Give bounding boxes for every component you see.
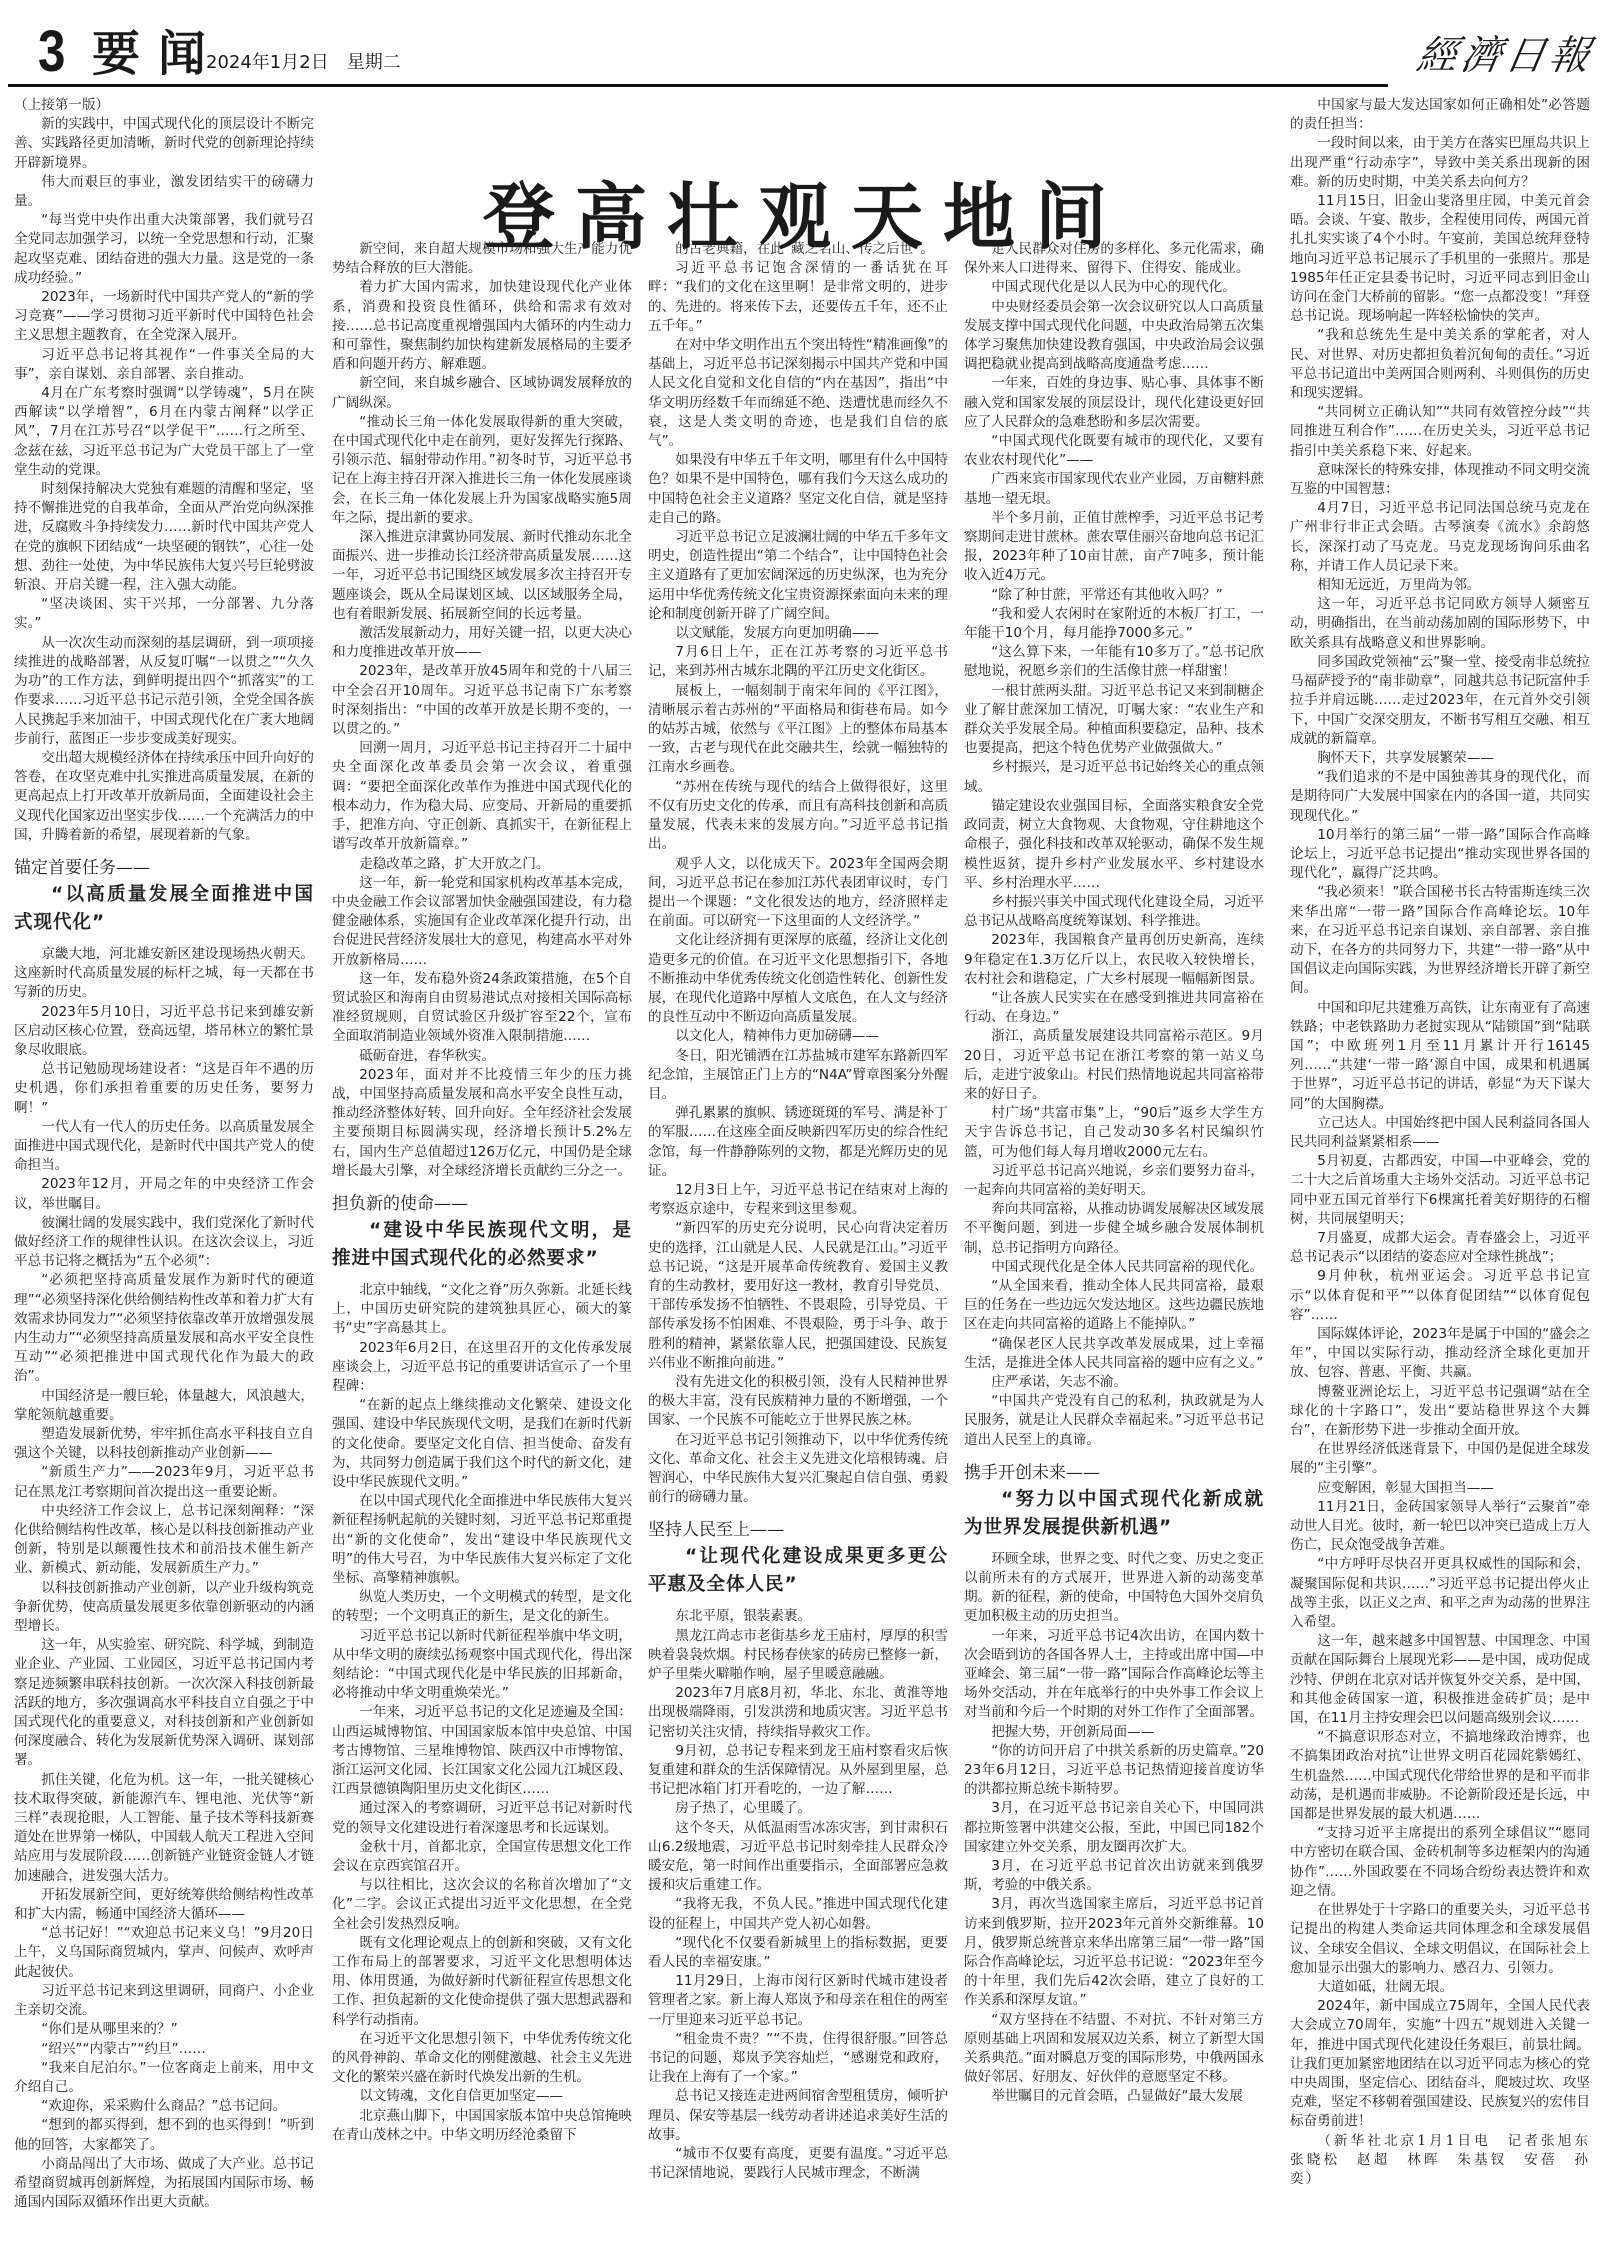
paragraph: 博鳌亚洲论坛上，习近平总书记强调“站在全球化的十字路口”，发出“要站稳世界这个大… bbox=[1290, 1383, 1590, 1441]
paragraph: 走稳改革之路，扩大开放之门。 bbox=[332, 855, 632, 874]
paragraph: 大道如砥，壮阔无垠。 bbox=[1290, 1978, 1590, 1997]
paragraph: “推动长三角一体化发展取得新的重大突破，在中国式现代化中走在前列，更好发挥先行探… bbox=[332, 413, 632, 528]
paragraph: 在以中国式现代化全面推进中华民族伟大复兴新征程扬帆起航的关键时刻，习近平总书记郑… bbox=[332, 1492, 632, 1588]
paragraph: 北京中轴线，“文化之脊”历久弥新。北延长线上，中国历史研究院的建筑独具匠心，硕大… bbox=[332, 1281, 632, 1339]
paragraph: 庄严承诺，矢志不渝。 bbox=[964, 1373, 1264, 1392]
paragraph: 中央财经委员会第一次会议研究以人口高质量发展支撑中国式现代化问题，中央政治局第五… bbox=[964, 298, 1264, 375]
paragraph: 新的实践中，中国式现代化的顶层设计不断完善、实践路径更加清晰，新时代党的创新理论… bbox=[14, 115, 314, 173]
paragraph: 伟大而艰巨的事业，激发团结实干的磅礴力量。 bbox=[14, 173, 314, 211]
col2-paragraphs-top: 新空间，来自超大规模市场和强大生产能力优势结合释放的巨大潜能。着力扩大国内需求，… bbox=[332, 240, 632, 1181]
paragraph: “在新的起点上继续推动文化繁荣、建设文化强国、建设中华民族现代文明，是我们在新时… bbox=[332, 1396, 632, 1492]
article-column-3: 的古老典籍，在此“藏之名山、传之后世”。习近平总书记饱含深情的一番话犹在耳畔：“… bbox=[648, 240, 948, 2260]
paragraph: 立己达人。中国始终把中国人民利益同各国人民共同利益紧紧相系—— bbox=[1290, 1114, 1590, 1152]
paragraph: 文化让经济拥有更深厚的底蕴，经济让文化创造更多元的价值。在习近平文化思想指引下，… bbox=[648, 931, 948, 1027]
paragraph: “新四军的历史充分说明，民心向背决定着历史的选择，江山就是人民、人民就是江山。”… bbox=[648, 1219, 948, 1373]
paragraph: 着力扩大国内需求，加快建设现代化产业体系，消费和投资良性循环，供给和需求有效对接… bbox=[332, 278, 632, 374]
paragraph: 彼澜壮阔的发展实践中，我们党深化了新时代做好经济工作的规律性认识。在这次会议上，… bbox=[14, 1214, 314, 1272]
section-lead: 担负新的使命—— bbox=[332, 1191, 632, 1217]
paragraph: 习近平总书记来到这里调研，同商户、小企业主亲切交流。 bbox=[14, 1982, 314, 2020]
paragraph: 冬日，阳光铺洒在江苏盐城市建军东路新四军纪念馆，主展馆正门上方的“N4A”臂章图… bbox=[648, 1047, 948, 1105]
paragraph: 深入推进京津冀协同发展、新时代推动东北全面振兴、进一步推动长江经济带高质量发展…… bbox=[332, 528, 632, 624]
paragraph: 2023年，一场新时代中国共产党人的“新的学习竞赛”——学习贯彻习近平新时代中国… bbox=[14, 288, 314, 346]
paragraph: 在世界处于十字路口的重要关头，习近平总书记提出的构建人类命运共同体理念和全球发展… bbox=[1290, 1901, 1590, 1978]
paragraph: 京畿大地，河北雄安新区建设现场热火朝天。这座新时代高质量发展的标杆之城，每一天都… bbox=[14, 945, 314, 1003]
col2-paragraphs-bottom: 北京中轴线，“文化之脊”历久弥新。北延长线上，中国历史研究院的建筑独具匠心，硕大… bbox=[332, 1281, 632, 2145]
paragraph: 2023年5月10日，习近平总书记来到雄安新区启动区核心位置，登高远望，塔吊林立… bbox=[14, 1003, 314, 1061]
section-title: “让现代化建设成果更多更公平惠及全体人民” bbox=[648, 1543, 948, 1599]
paragraph: 这个冬天，从低温雨雪冰冻灾害，到甘肃积石山6.2级地震，习近平总书记时刻牵挂人民… bbox=[648, 1819, 948, 1896]
paragraph: “我将无我，不负人民。”推进中国式现代化建设的征程上，中国共产党人初心如磐。 bbox=[648, 1895, 948, 1933]
paragraph: “不搞意识形态对立，不搞地缘政治博弈，也不搞集团政治对抗”让世界文明百花园姹紫嫣… bbox=[1290, 1728, 1590, 1824]
paragraph: 这一年，从实验室、研究院、科学城，到制造业企业、产业园、工业园区，习近平总书记国… bbox=[14, 1636, 314, 1770]
paragraph: 小商品闯出了大市场、做成了大产业。总书记希望商贸城再创新辉煌，为拓展国内国际市场… bbox=[14, 2155, 314, 2213]
paragraph: 一根甘蔗两头甜。习近平总书记又来到制糖企业了解甘蔗深加工情况，叮嘱大家：“农业生… bbox=[964, 682, 1264, 759]
paragraph: 习近平总书记高兴地说，乡亲们要努力奋斗，一起奔向共同富裕的美好明天。 bbox=[964, 1162, 1264, 1200]
paragraph: “这么算下来，一年能有10多万了。”总书记欣慰地说，祝愿乡亲们的生活像甘蔗一样甜… bbox=[964, 643, 1264, 681]
paragraph: “你们是从哪里来的？” bbox=[14, 2020, 314, 2039]
paragraph: 11月15日，旧金山斐洛里庄园，中美元首会晤。会谈、午宴、散步，全程使用同传，两… bbox=[1290, 192, 1590, 326]
paragraph: 观乎人文，以化成天下。2023年全国两会期间，习近平总书记在参加江苏代表团审议时… bbox=[648, 855, 948, 932]
paragraph: 在对中华文明作出五个突出特性“精准画像”的基础上，习近平总书记深刻揭示中国共产党… bbox=[648, 336, 948, 451]
paragraph: 2023年7月底8月初，华北、东北、黄淮等地出现极端降雨，引发洪涝和地质灾害。习… bbox=[648, 1684, 948, 1742]
paragraph: “欢迎你，采采购什么商品？”总书记问。 bbox=[14, 2097, 314, 2116]
paragraph: 相知无远近，万里尚为邻。 bbox=[1290, 576, 1590, 595]
paragraph: 激活发展新动力，用好关键一招，以更大决心和力度推进改革开放—— bbox=[332, 624, 632, 662]
paragraph: 从一次次生动而深刻的基层调研，到一项项接续推进的战略部署，从反复叮嘱“一以贯之”… bbox=[14, 634, 314, 749]
paragraph: 3月，在习近平总书记首次出访就来到俄罗斯，考验的中俄关系。 bbox=[964, 1857, 1264, 1895]
paragraph: 把握大势，开创新局面—— bbox=[964, 1723, 1264, 1742]
paragraph: 这一年，习近平总书记同欧方领导人频密互动，明确指出，在当前动荡加剧的国际形势下，… bbox=[1290, 595, 1590, 653]
section-title: “建设中华民族现代文明，是推进中国式现代化的必然要求” bbox=[332, 1217, 632, 1273]
paragraph: 新空间，来自城乡融合、区域协调发展释放的广阔纵深。 bbox=[332, 374, 632, 412]
paragraph: 在世界经济低迷背景下，中国仍是促进全球发展的“主引擎”。 bbox=[1290, 1440, 1590, 1478]
paragraph: “我来自尼泊尔。”一位客商走上前来，用中文介绍自己。 bbox=[14, 2059, 314, 2097]
paragraph: “绍兴”“内蒙古”“约旦”…… bbox=[14, 2040, 314, 2059]
paragraph: “中方呼吁尽快召开更具权威性的国际和会，凝聚国际促和共识……”习近平总书记提出停… bbox=[1290, 1555, 1590, 1632]
paragraph: 没有先进文化的积极引领，没有人民精神世界的极大丰富，没有民族精神力量的不断增强，… bbox=[648, 1373, 948, 1431]
paragraph: 7月6日上午，正在江苏考察的习近平总书记，来到苏州古城东北隅的平江历史文化街区。 bbox=[648, 643, 948, 681]
paragraph: 中国式现代化是全体人民共同富裕的现代化。 bbox=[964, 1258, 1264, 1277]
paragraph: “租金贵不贵？”“不贵，住得很舒服。”回答总书记的问题，郑岚予笑容灿烂，“感谢党… bbox=[648, 2030, 948, 2088]
paragraph: 如果没有中华五千年文明，哪里有什么中国特色？如果不是中国特色，哪有我们今天这么成… bbox=[648, 451, 948, 528]
paragraph: 11月21日，金砖国家领导人举行“云聚首”牵动世人目光。彼时，新一轮巴以冲突已造… bbox=[1290, 1498, 1590, 1556]
paragraph: “新质生产力”——2023年9月，习近平总书记在黑龙江考察期间首次提出这一重要论… bbox=[14, 1463, 314, 1501]
paragraph: 中央经济工作会议上，总书记深刻阐释：“深化供给侧结构性改革，核心是以科技创新推动… bbox=[14, 1502, 314, 1579]
paragraph: “每当党中央作出重大决策部署，我们就号召全党同志加强学习，以统一全党思想和行动，… bbox=[14, 211, 314, 288]
paragraph: 4月在广东考察时强调“以学铸魂”，5月在陕西解读“以学增智”，6月在内蒙古阐释“… bbox=[14, 384, 314, 480]
paragraph: 抓住关键，化危为机。这一年，一批关键核心技术取得突破，新能源汽车、锂电池、光伏等… bbox=[14, 1771, 314, 1886]
paragraph: 2023年6月2日，在这里召开的文化传承发展座谈会上，习近平总书记的重要讲话宣示… bbox=[332, 1339, 632, 1397]
col1-paragraphs-top: 新的实践中，中国式现代化的顶层设计不断完善、实践路径更加清晰，新时代党的创新理论… bbox=[14, 115, 314, 845]
paragraph: “除了种甘蔗，平常还有其他收入吗？” bbox=[964, 586, 1264, 605]
paragraph: “我们追求的不是中国独善其身的现代化，而是期待同广大发展中国家在内的各国一道，共… bbox=[1290, 768, 1590, 826]
paragraph: 新空间，来自超大规模市场和强大生产能力优势结合释放的巨大潜能。 bbox=[332, 240, 632, 278]
section-name: 要闻 bbox=[92, 26, 224, 82]
col5-paragraphs: 中国家与最大发达国家如何正确相处”必答题的责任担当：一段时间以来，由于美方在落实… bbox=[1290, 96, 1590, 2132]
paragraph: “中国式现代化既要有城市的现代化，又要有农业农村现代化”—— bbox=[964, 432, 1264, 470]
paragraph: 5月初夏，古都西安，中国—中亚峰会，党的二十大之后首场重大主场外交活动。习近平总… bbox=[1290, 1152, 1590, 1229]
paragraph: 时刻保持解决大党独有难题的清醒和坚定，坚持不懈推进党的自我革命，全面从严治党向纵… bbox=[14, 480, 314, 595]
article-column-4: 足人民群众对住房的多样化、多元化需求，确保外来人口进得来、留得下、住得安、能成业… bbox=[964, 240, 1264, 2260]
paragraph: 东北平原，银装素裹。 bbox=[648, 1607, 948, 1626]
paragraph: 2023年，是改革开放45周年和党的十八届三中全会召开10周年。习近平总书记南下… bbox=[332, 662, 632, 739]
paragraph: 2023年，我国粮食产量再创历史新高，连续9年稳定在1.3万亿斤以上，农民收入较… bbox=[964, 931, 1264, 989]
paragraph: “现代化不仅要看新城里上的指标数据，更要看人民的幸福安康。” bbox=[648, 1934, 948, 1972]
paragraph: 锚定建设农业强国目标，全面落实粮食安全党政同责，树立大食物观、大食物观，守住耕地… bbox=[964, 797, 1264, 893]
paragraph: 胸怀天下，共享发展繁荣—— bbox=[1290, 749, 1590, 768]
paragraph: 金秋十月，首都北京，全国宣传思想文化工作会议在京西宾馆召开。 bbox=[332, 1838, 632, 1876]
paragraph: 这一年，新一轮党和国家机构改革基本完成，中央金融工作会议部署加快金融强国建设，有… bbox=[332, 874, 632, 970]
paragraph: 黑龙江尚志市老街基乡龙王庙村，厚厚的积雪映着袅袅炊烟。村民杨春侠家的砖房已整修一… bbox=[648, 1627, 948, 1685]
paragraph: 村广场“共富市集”上，“90后”返乡大学生方天宇告诉总书记，自己发动30多名村民… bbox=[964, 1104, 1264, 1162]
paragraph: “总书记好！”“欢迎总书记来义乌！”9月20日上午，义乌国际商贸城内，掌声、问候… bbox=[14, 1924, 314, 1982]
paragraph: “支持习近平主席提出的系列全球倡议”“愿同中方密切在联合国、金砖机制等多边框架内… bbox=[1290, 1824, 1590, 1901]
paragraph: 中国和印尼共建雅万高铁，让东南亚有了高速铁路；中老铁路助力老挝实现从“陆锁国”到… bbox=[1290, 999, 1590, 1114]
paragraph: 砥砺奋进，春华秋实。 bbox=[332, 1047, 632, 1066]
paragraph: “苏州在传统与现代的结合上做得很好，这里不仅有历史文化的传承，而且有高科技创新和… bbox=[648, 778, 948, 855]
paragraph: 通过深入的考察调研，习近平总书记对新时代党的领导文化建设进行着深邃思考和长远谋划… bbox=[332, 1799, 632, 1837]
paragraph: 总书记又接连走进两间宿舍型租赁房，倾听护理员、保安等基层一线劳动者讲述追求美好生… bbox=[648, 2087, 948, 2145]
paragraph: 广西来宾市国家现代农业产业园，万亩糖料蔗基地一望无垠。 bbox=[964, 470, 1264, 508]
paragraph: 交出超大规模经济体在持续承压中回升向好的答卷，在攻坚克难中扎实推进高质量发展，在… bbox=[14, 749, 314, 845]
paragraph: 同多国政党领袖“云”聚一堂、接受南非总统拉马福萨授予的“南非勋章”，同越共总书记… bbox=[1290, 653, 1590, 749]
paragraph: 一段时间以来，由于美方在落实巴厘岛共识上出现严重“行动赤字”，导致中美关系出现新… bbox=[1290, 134, 1590, 192]
paragraph: 在习近平总书记引领推动下，以中华优秀传统文化、革命文化、社会主义先进文化培根铸魂… bbox=[648, 1431, 948, 1508]
paragraph: “城市不仅要有高度，更要有温度。”习近平总书记深情地说，要践行人民城市理念，不断… bbox=[648, 2145, 948, 2183]
paragraph: 以文化人，精神伟力更加磅礴—— bbox=[648, 1027, 948, 1046]
paragraph: 半个多月前，正值甘蔗榨季，习近平总书记考察期间走进甘蔗林。蔗农覃佳丽兴奋地向总书… bbox=[964, 509, 1264, 586]
paragraph: 既有文化理论观点上的创新和突破，又有文化工作布局上的部署要求，习近平文化思想明体… bbox=[332, 1934, 632, 2030]
paragraph: 塑造发展新优势，牢牢抓住高水平科技自立自强这个关键，以科技创新推动产业创新—— bbox=[14, 1425, 314, 1463]
paragraph: 以科技创新推动产业创新，以产业升级构筑竞争新优势，使高质量发展更多依靠创新驱动的… bbox=[14, 1579, 314, 1637]
issue-date: 2024年1月2日 星期二 bbox=[206, 52, 401, 74]
paragraph: 纵览人类历史，一个文明模式的转型，是文化的转型；一个文明真正的新生，是文化的新生… bbox=[332, 1588, 632, 1626]
paragraph: “我和总统先生是中美关系的掌舵者，对人民、对世界、对历史都担负着沉甸甸的责任。”… bbox=[1290, 326, 1590, 403]
paragraph: “确保老区人民共享改革发展成果，过上幸福生活，是推进全体人民共同富裕的题中应有之… bbox=[964, 1335, 1264, 1373]
paragraph: 总书记勉励现场建设者：“这是百年不遇的历史机遇，你们承担着重要的历史任务，要努力… bbox=[14, 1060, 314, 1118]
paragraph: 在习近平文化思想引领下，中华优秀传统文化的风骨神韵、革命文化的刚健激越、社会主义… bbox=[332, 2030, 632, 2088]
paragraph: 9月仲秋，杭州亚运会。习近平总书记宣示“以体育促和平”“以体育促团结”“以体育促… bbox=[1290, 1267, 1590, 1325]
paragraph: “我和爱人农闲时在家附近的木板厂打工，一年能干10个月，每月能挣7000多元。” bbox=[964, 605, 1264, 643]
paragraph: 国际媒体评论，2023年是属于中国的“盛会之年”，中国以实际行动，推动经济全球化… bbox=[1290, 1325, 1590, 1383]
paragraph: 一年来，习近平总书记的文化足迹遍及全国：山西运城博物馆、中国国家版本馆中央总馆、… bbox=[332, 1703, 632, 1799]
paragraph: “你的访问开启了中拱关系新的历史篇章。”2023年6月12日，习近平总书记热情迎… bbox=[964, 1742, 1264, 1800]
paragraph: “双方坚持在不结盟、不对抗、不针对第三方原则基础上巩固和发展双边关系，树立了新型… bbox=[964, 2011, 1264, 2088]
paragraph: 这一年，发布稳外资24条政策措施，在5个自贸试验区和海南自由贸易港试点对接相关国… bbox=[332, 970, 632, 1047]
page-number: 3 bbox=[38, 22, 65, 82]
section-lead: 携手开创未来—— bbox=[964, 1460, 1264, 1486]
paragraph: 2024年，新中国成立75周年，全国人民代表大会成立70周年，实施“十四五”规划… bbox=[1290, 1997, 1590, 2131]
paragraph: 浙江，高质量发展建设共同富裕示范区。9月20日，习近平总书记在浙江考察的第一站义… bbox=[964, 1027, 1264, 1104]
paragraph: 北京燕山脚下，中国国家版本馆中央总馆掩映在青山茂林之中。中华文明历经沧桑留下 bbox=[332, 2107, 632, 2145]
paragraph: 习近平总书记以新时代新征程举旗中华文明，从中华文明的赓续弘扬观察中国式现代化，得… bbox=[332, 1627, 632, 1704]
paragraph: “必须把坚持高质量发展作为新时代的硬道理”“必须坚持深化供给侧结构性改革和着力扩… bbox=[14, 1271, 314, 1386]
paragraph: 11月29日，上海市闵行区新时代城市建设者管理者之家。新上海人郑岚予和母亲在租住… bbox=[648, 1972, 948, 2030]
paragraph: 这一年，越来越多中国智慧、中国理念、中国贡献在国际舞台上展现光彩——是中国，成功… bbox=[1290, 1632, 1590, 1728]
paragraph: 一年来，百姓的身边事、贴心事、具体事不断融入党和国家发展的顶层设计，现代化建设更… bbox=[964, 374, 1264, 432]
paragraph: 意味深长的特殊安排，体现推动不同文明交流互鉴的中国智慧： bbox=[1290, 461, 1590, 499]
col1-paragraphs-bottom: 京畿大地，河北雄安新区建设现场热火朝天。这座新时代高质量发展的标杆之城，每一天都… bbox=[14, 945, 314, 2212]
paragraph: 开拓发展新空间，更好统筹供给侧结构性改革和扩大内需，畅通中国经济大循环—— bbox=[14, 1886, 314, 1924]
paragraph: 7月盛夏，成都大运会。青春盛会上，习近平总书记表示“以团结的姿态应对全球性挑战”… bbox=[1290, 1229, 1590, 1267]
paragraph: 展板上，一幅刻制于南宋年间的《平江图》，清晰展示着古苏州的“平面格局和街巷布局。… bbox=[648, 682, 948, 778]
col4-paragraphs-top: 足人民群众对住房的多样化、多元化需求，确保外来人口进得来、留得下、住得安、能成业… bbox=[964, 240, 1264, 1450]
paragraph: 2023年，面对并不比疫情三年少的压力挑战，中国坚持高质量发展和高水平安全良性互… bbox=[332, 1066, 632, 1181]
paragraph: 12月3日上午，习近平总书记在结束对上海的考察返京途中，专程来到这里参观。 bbox=[648, 1181, 948, 1219]
section-lead: 锚定首要任务—— bbox=[14, 855, 314, 881]
paragraph: 中国经济是一艘巨轮，体量越大，风浪越大，掌舵领航越重要。 bbox=[14, 1387, 314, 1425]
paragraph: 足人民群众对住房的多样化、多元化需求，确保外来人口进得来、留得下、住得安、能成业… bbox=[964, 240, 1264, 278]
col4-paragraphs-bottom: 环顾全球，世界之变、时代之变、历史之变正以前所未有的方式展开，世界进入新的动荡变… bbox=[964, 1550, 1264, 2107]
paragraph: 中国家与最大发达国家如何正确相处”必答题的责任担当： bbox=[1290, 96, 1590, 134]
paragraph: 的古老典籍，在此“藏之名山、传之后世”。 bbox=[648, 240, 948, 259]
paragraph: 举世瞩目的元首会晤，凸显做好“最大发展 bbox=[964, 2087, 1264, 2106]
paragraph: 9月初，总书记专程来到龙王庙村察看灾后恢复重建和群众的生活保障情况。从外屋到里屋… bbox=[648, 1742, 948, 1800]
paragraph: 4月7日，习近平总书记同法国总统马克龙在广州非行非正式会晤。古琴演奏《流水》余韵… bbox=[1290, 499, 1590, 576]
paragraph: “坚决谈困、实干兴邦，一分部署、九分落实。” bbox=[14, 595, 314, 633]
paragraph: 2023年12月，开局之年的中央经济工作会议，举世瞩目。 bbox=[14, 1175, 314, 1213]
article-column-5: 中国家与最大发达国家如何正确相处”必答题的责任担当：一段时间以来，由于美方在落实… bbox=[1290, 96, 1590, 2256]
section-title: “努力以中国式现代化新成就为世界发展提供新机遇” bbox=[964, 1486, 1264, 1542]
paragraph: 习近平总书记饱含深情的一番话犹在耳畔：“我们的文化在这里啊！是非常文明的，进步的… bbox=[648, 259, 948, 336]
paragraph: 应变解困，彰显大国担当—— bbox=[1290, 1479, 1590, 1498]
masthead: 3 要闻 2024年1月2日 星期二 經濟日報 bbox=[0, 0, 1600, 88]
paragraph: “中国共产党没有自己的私利，执政就是为人民服务，就是让人民群众幸福起来。”习近平… bbox=[964, 1392, 1264, 1450]
section-title: “以高质量发展全面推进中国式现代化” bbox=[14, 881, 314, 937]
paragraph: 环顾全球，世界之变、时代之变、历史之变正以前所未有的方式展开，世界进入新的动荡变… bbox=[964, 1550, 1264, 1627]
paragraph: 乡村振兴事关中国式现代化建设全局，习近平总书记从战略高度统筹谋划、科学推进。 bbox=[964, 893, 1264, 931]
col3-paragraphs-bottom: 东北平原，银装素裹。黑龙江尚志市老街基乡龙王庙村，厚厚的积雪映着袅袅炊烟。村民杨… bbox=[648, 1607, 948, 2183]
paragraph: 弹孔累累的旗帜、锈迹斑斑的军号、满是补丁的军服……在这座全面反映新四军历史的综合… bbox=[648, 1104, 948, 1181]
paragraph: 习近平总书记立足波澜壮阔的中华五千多年文明史，创造性提出“第二个结合”，让中国特… bbox=[648, 528, 948, 624]
continued-from-label: （上接第一版） bbox=[14, 96, 314, 115]
paragraph: 一年来，习近平总书记4次出访，在国内数十次会晤到访的各国各界人士，主持或出席中国… bbox=[964, 1627, 1264, 1723]
paragraph: 3月，在习近平总书记亲自关心下，中国同洪都拉斯签署中洪建交公报，至此，中国已同1… bbox=[964, 1799, 1264, 1857]
section-lead: 坚持人民至上—— bbox=[648, 1517, 948, 1543]
paragraph: 一代人有一代人的历史任务。以高质量发展全面推进中国式现代化，是新时代中国共产党人… bbox=[14, 1118, 314, 1176]
paragraph: 习近平总书记将其视作“一件事关全局的大事”，亲自谋划、亲自部署、亲自推动。 bbox=[14, 346, 314, 384]
newspaper-logo: 經濟日報 bbox=[1413, 24, 1599, 81]
col3-paragraphs-top: 的古老典籍，在此“藏之名山、传之后世”。习近平总书记饱含深情的一番话犹在耳畔：“… bbox=[648, 240, 948, 1507]
paragraph: “从全国来看，推动全体人民共同富裕，最艰巨的任务在一些边远欠发达地区。这些边疆民… bbox=[964, 1277, 1264, 1335]
paragraph: “共同树立正确认知”“共同有效管控分歧”“共同推进互利合作”……在历史关头，习近… bbox=[1290, 403, 1590, 461]
paragraph: 以文铸魂，文化自信更加坚定—— bbox=[332, 2087, 632, 2106]
paragraph: 与以往相比，这次会议的名称首次增加了“文化”二字。会议正式提出习近平文化思想，在… bbox=[332, 1876, 632, 1934]
paragraph: 房子热了，心里暖了。 bbox=[648, 1799, 948, 1818]
paragraph: 3月，再次当选国家主席后，习近平总书记首访来到俄罗斯，拉开2023年元首外交新维… bbox=[964, 1895, 1264, 2010]
paragraph: “让各族人民实实在在感受到推进共同富裕在行动、在身边。” bbox=[964, 989, 1264, 1027]
masthead-rule bbox=[8, 84, 1388, 87]
article-byline: （新华社北京1月1日电 记者张旭东 张晓松 赵超 林晖 朱基钗 安蓓 孙奕） bbox=[1290, 2132, 1590, 2190]
paragraph: 10月举行的第三届“一带一路”国际合作高峰论坛上，习近平总书记提出“推动实现世界… bbox=[1290, 826, 1590, 884]
paragraph: 中国式现代化是以人民为中心的现代化。 bbox=[964, 278, 1264, 297]
paragraph: 回溯一周月，习近平总书记主持召开二十届中央全面深化改革委员会第一次会议，着重强调… bbox=[332, 739, 632, 854]
paragraph: 奔向共同富裕，从推动协调发展解决区域发展不平衡问题，到进一步健全城乡融合发展体制… bbox=[964, 1200, 1264, 1258]
paragraph: 以文赋能，发展方向更加明确—— bbox=[648, 624, 948, 643]
paragraph: “想到的都买得到，想不到的也买得到！”听到他的回答，大家都笑了。 bbox=[14, 2116, 314, 2154]
article-column-1: （上接第一版） 新的实践中，中国式现代化的顶层设计不断完善、实践路径更加清晰，新… bbox=[14, 96, 314, 2256]
paragraph: “我必须来！”联合国秘书长古特雷斯连续三次来华出席“一带一路”国际合作高峰论坛。… bbox=[1290, 883, 1590, 998]
paragraph: 乡村振兴，是习近平总书记始终关心的重点领域。 bbox=[964, 758, 1264, 796]
article-column-2: 新空间，来自超大规模市场和强大生产能力优势结合释放的巨大潜能。着力扩大国内需求，… bbox=[332, 240, 632, 2260]
